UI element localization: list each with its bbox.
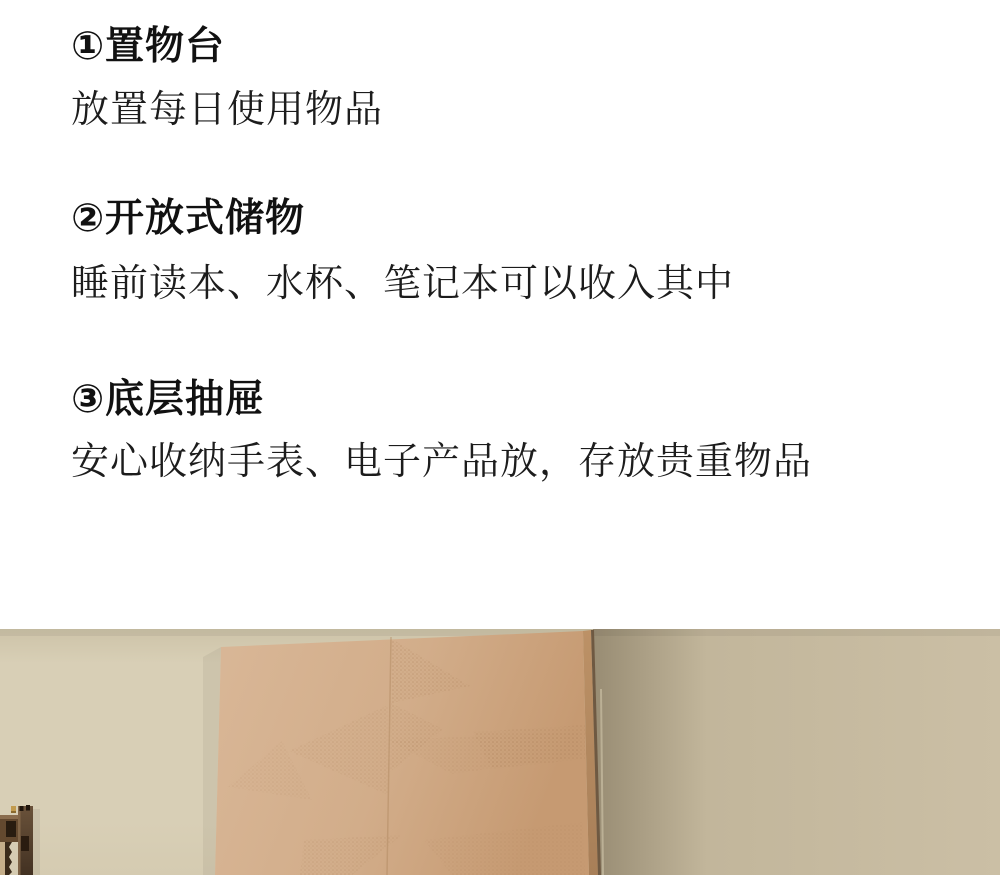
feature-description-3: 安心收纳手表、电子产品放，存放贵重物品 [71, 443, 971, 481]
product-photo [0, 629, 1000, 875]
frame-post-slot [21, 836, 29, 851]
feature-title-2: ②开放式储物 [71, 199, 971, 238]
feature-item-1: ①置物台 放置每日使用物品 [71, 27, 971, 129]
product-detail-page: ①置物台 放置每日使用物品 ②开放式储物 睡前读本、水杯、笔记本可以收入其中 ③… [0, 0, 1000, 875]
frame-post-highlight [18, 806, 21, 875]
frame-shadow [33, 809, 40, 875]
wall-right [593, 629, 1000, 875]
frame-slat-light [0, 842, 5, 875]
feature-description-2: 睡前读本、水杯、笔记本可以收入其中 [71, 265, 971, 303]
feature-item-3: ③底层抽屉 安心收纳手表、电子产品放，存放贵重物品 [71, 380, 971, 481]
feature-title-3: ③底层抽屉 [71, 380, 971, 419]
feature-description-1: 放置每日使用物品 [71, 91, 971, 129]
feature-item-2: ②开放式储物 睡前读本、水杯、笔记本可以收入其中 [71, 199, 971, 303]
frame-post-notch-1 [20, 806, 24, 811]
bed-frame [0, 805, 40, 875]
frame-rail-mortise [6, 821, 16, 837]
bedroom-photo-graphic [0, 629, 1000, 875]
feature-list: ①置物台 放置每日使用物品 ②开放式储物 睡前读本、水杯、笔记本可以收入其中 ③… [71, 0, 971, 481]
brass-fitting-shadow [11, 811, 16, 813]
feature-title-1: ①置物台 [71, 27, 971, 66]
frame-post-notch-2 [26, 805, 30, 811]
